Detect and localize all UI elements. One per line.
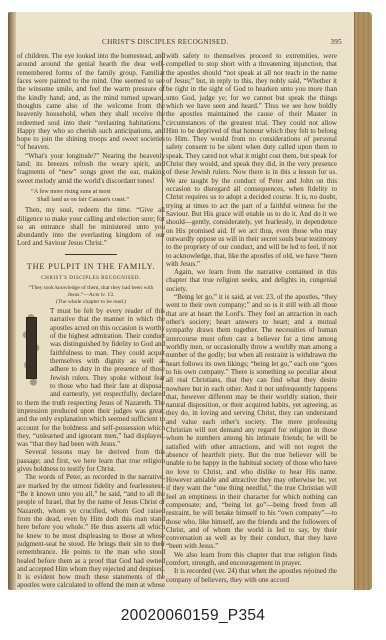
book-page: CHRIST'S DISCIPLES RECOGNISED. 395 of ch… <box>8 12 372 590</box>
running-header-title: CHRIST'S DISCIPLES RECOGNISED. <box>102 38 228 46</box>
running-header: CHRIST'S DISCIPLES RECOGNISED. 395 <box>22 38 342 48</box>
poem-quote: “A few more rising suns at most Shall la… <box>17 188 165 203</box>
paragraph: “What's your longitude?” Nearing the hea… <box>17 152 165 185</box>
column-divider <box>162 52 163 578</box>
book-gutter-shadow <box>8 12 16 590</box>
page-block-edge <box>354 12 372 590</box>
paragraph: The words of Peter, as recorded in the n… <box>17 473 165 590</box>
right-column: with safety to themselves proceed to ext… <box>166 52 337 584</box>
paragraph: of children. The eye looked into the hom… <box>17 52 165 152</box>
poem-line: “A few more rising suns at most <box>31 188 165 196</box>
dropcap-letter-icon <box>26 317 37 379</box>
section-subtitle: CHRIST'S DISCIPLES RECOGNISED. <box>17 274 165 282</box>
epigraph-note: (The whole chapter to be read.) <box>17 299 165 306</box>
paragraph: “Being let go,” it is said, at ver. 23, … <box>166 293 337 551</box>
section-title: THE PULPIT IN THE FAMILY. <box>17 263 165 271</box>
poem-line: Shall land us on fair Canaan's coast.” <box>31 196 165 204</box>
left-column: of children. The eye looked into the hom… <box>17 52 165 590</box>
paragraph: We also learn from this chapter that tru… <box>166 551 337 568</box>
epigraph: “They took knowledge of them, that they … <box>17 285 165 298</box>
paragraph: Several lessons may be derived from this… <box>17 448 165 473</box>
image-caption: 20020060159_P354 <box>0 607 386 625</box>
ornamental-dropcap-icon <box>17 309 47 395</box>
paragraph: Then, my soul, redeem the time. “Give al… <box>17 206 165 248</box>
paragraph: It is recorded (ver. 24) that when the a… <box>166 567 337 584</box>
paragraph: with safety to themselves proceed to ext… <box>166 52 337 268</box>
paragraph: Again, we learn from the narrative conta… <box>166 268 337 293</box>
page-number: 395 <box>330 38 342 46</box>
section-divider-rule <box>65 254 117 255</box>
dropcap-paragraph: T must be felt by every reader of this n… <box>17 307 165 448</box>
